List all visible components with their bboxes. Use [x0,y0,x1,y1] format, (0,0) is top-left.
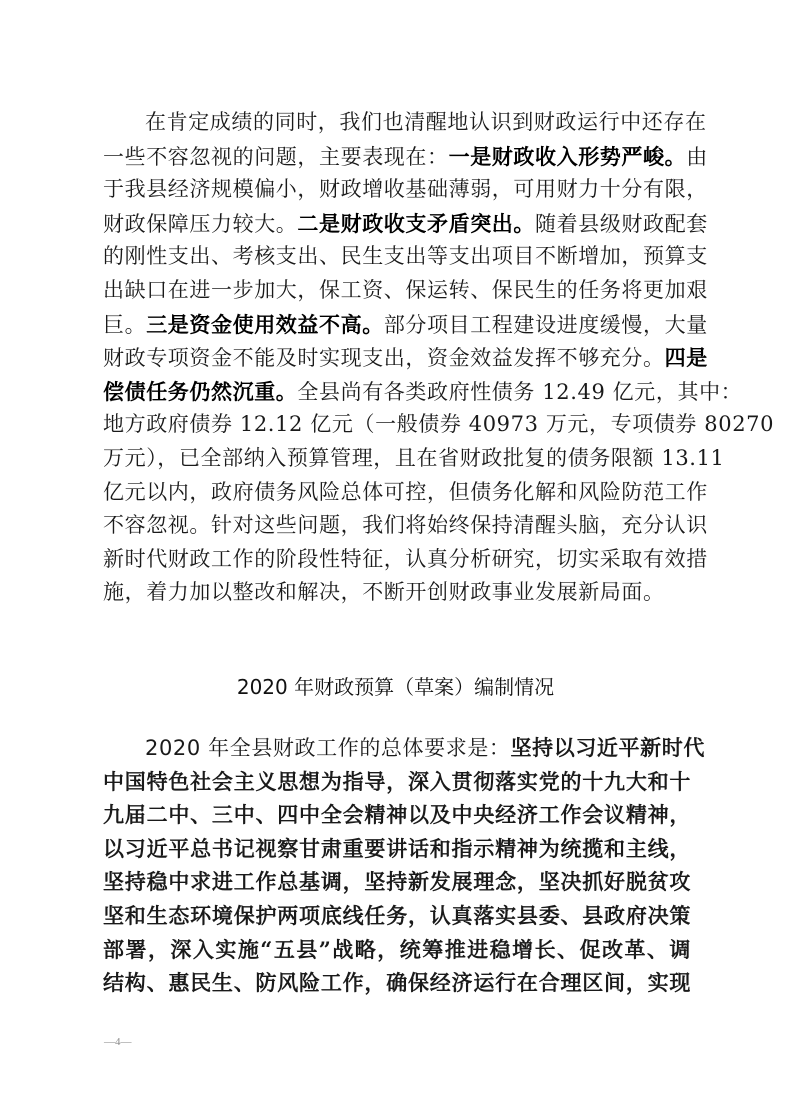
line-text: 于我县经济规模偏小，财政增收基础薄弱，可用财力十分有限， [103,177,708,201]
line-text: 随着县级财政配套 [535,212,708,236]
text-line: 坚持稳中求进工作总基调，坚持新发展理念，坚决抓好脱贫攻 [103,865,691,899]
text-line: 出缺口在进一步加大，保工资、保运转、保民生的任务将更加艰 [103,274,691,308]
text-line: 偿债任务仍然沉重。全县尚有各类政府性债务 12.49 亿元，其中： [103,375,691,409]
text-line: 一些不容忽视的问题，主要表现在：一是财政收入形势严峻。由 [103,140,691,174]
page-number: —4— [104,1036,132,1048]
section-heading: 2020 年财政预算（草案）编制情况 [0,672,791,702]
line-text-bold: 以习近平总书记视察甘肃重要讲话和指示精神为统揽和主线， [103,836,691,861]
bold-heading-point-three: 三是资金使用效益不高。 [146,312,384,337]
text-line: 新时代财政工作的阶段性特征，认真分析研究，切实采取有效措 [103,543,691,577]
line-text: 部分项目工程建设进度缓慢，大量 [384,313,708,337]
bold-heading-point-two: 二是财政收支矛盾突出。 [297,211,535,236]
line-text: 由 [686,145,708,169]
line-text: 财政专项资金不能及时实现支出，资金效益发挥不够充分。 [103,346,665,370]
bold-heading-point-one: 一是财政收入形势严峻。 [449,144,687,169]
text-line: 九届二中、三中、四中全会精神以及中央经济工作会议精神， [103,798,691,832]
text-line: 财政专项资金不能及时实现支出，资金效益发挥不够充分。四是 [103,341,691,375]
text-line: 2020 年全县财政工作的总体要求是：坚持以习近平新时代 [103,731,691,765]
bold-heading-point-four-cont: 偿债任务仍然沉重。 [103,379,297,404]
paragraph-2020-requirements: 2020 年全县财政工作的总体要求是：坚持以习近平新时代 中国特色社会主义思想为… [103,731,691,1000]
text-line: 不容忽视。针对这些问题，我们将始终保持清醒头脑，充分认识 [103,509,691,543]
text-line: 于我县经济规模偏小，财政增收基础薄弱，可用财力十分有限， [103,173,691,207]
document-page: 在肯定成绩的同时，我们也清醒地认识到财政运行中还存在 一些不容忽视的问题，主要表… [0,0,791,1119]
text-line: 的刚性支出、考核支出、民生支出等支出项目不断增加，预算支 [103,240,691,274]
paragraph-fiscal-problems: 在肯定成绩的同时，我们也清醒地认识到财政运行中还存在 一些不容忽视的问题，主要表… [103,106,691,610]
line-text-bold: 坚持稳中求进工作总基调，坚持新发展理念，坚决抓好脱贫攻 [103,869,691,894]
text-line: 坚和生态环境保护两项底线任务，认真落实县委、县政府决策 [103,899,691,933]
text-line: 施，着力加以整改和解决，不断开创财政事业发展新局面。 [103,576,691,610]
line-text-bold: 结构、惠民生、防风险工作，确保经济运行在合理区间，实现 [103,970,691,995]
line-text: 的刚性支出、考核支出、民生支出等支出项目不断增加，预算支 [103,244,708,268]
bold-heading-point-four: 四是 [665,345,708,370]
line-text-bold: 坚持以习近平新时代 [511,735,705,760]
line-text-bold: 坚和生态环境保护两项底线任务，认真落实县委、县政府决策 [103,903,691,928]
line-text: 地方政府债券 12.12 亿元（一般债券 40973 万元，专项债券 80270 [103,412,774,436]
line-text: 巨。 [103,313,146,337]
line-text: 不容忽视。针对这些问题，我们将始终保持清醒头脑，充分认识 [103,513,708,537]
line-text-bold: 部署，深入实施“五县”战略，统筹推进稳增长、促改革、调 [103,937,691,962]
text-line: 结构、惠民生、防风险工作，确保经济运行在合理区间，实现 [103,966,691,1000]
line-text: 亿元以内，政府债务风险总体可控，但债务化解和风险防范工作 [103,480,708,504]
line-text: 施，着力加以整改和解决，不断开创财政事业发展新局面。 [103,580,665,604]
text-line: 中国特色社会主义思想为指导，深入贯彻落实党的十九大和十 [103,765,691,799]
line-text: 全县尚有各类政府性债务 12.49 亿元，其中： [297,380,742,404]
text-line: 部署，深入实施“五县”战略，统筹推进稳增长、促改革、调 [103,933,691,967]
line-text-bold: 九届二中、三中、四中全会精神以及中央经济工作会议精神， [103,802,691,827]
text-line: 地方政府债券 12.12 亿元（一般债券 40973 万元，专项债券 80270 [103,408,691,442]
text-line: 巨。三是资金使用效益不高。部分项目工程建设进度缓慢，大量 [103,308,691,342]
line-text: 新时代财政工作的阶段性特征，认真分析研究，切实采取有效措 [103,547,708,571]
text-line: 财政保障压力较大。二是财政收支矛盾突出。随着县级财政配套 [103,207,691,241]
text-line: 亿元以内，政府债务风险总体可控，但债务化解和风险防范工作 [103,476,691,510]
line-text-bold: 中国特色社会主义思想为指导，深入贯彻落实党的十九大和十 [103,769,691,794]
line-text: 在肯定成绩的同时，我们也清醒地认识到财政运行中还存在 [145,110,707,134]
line-text: 出缺口在进一步加大，保工资、保运转、保民生的任务将更加艰 [103,278,708,302]
text-line: 在肯定成绩的同时，我们也清醒地认识到财政运行中还存在 [103,106,691,140]
line-text: 一些不容忽视的问题，主要表现在： [103,145,449,169]
line-text: 财政保障压力较大。 [103,212,297,236]
text-line: 以习近平总书记视察甘肃重要讲话和指示精神为统揽和主线， [103,832,691,866]
line-text: 2020 年全县财政工作的总体要求是： [145,736,511,760]
line-text: 万元），已全部纳入预算管理，且在省财政批复的债务限额 13.11 [103,446,725,470]
text-line: 万元），已全部纳入预算管理，且在省财政批复的债务限额 13.11 [103,442,691,476]
